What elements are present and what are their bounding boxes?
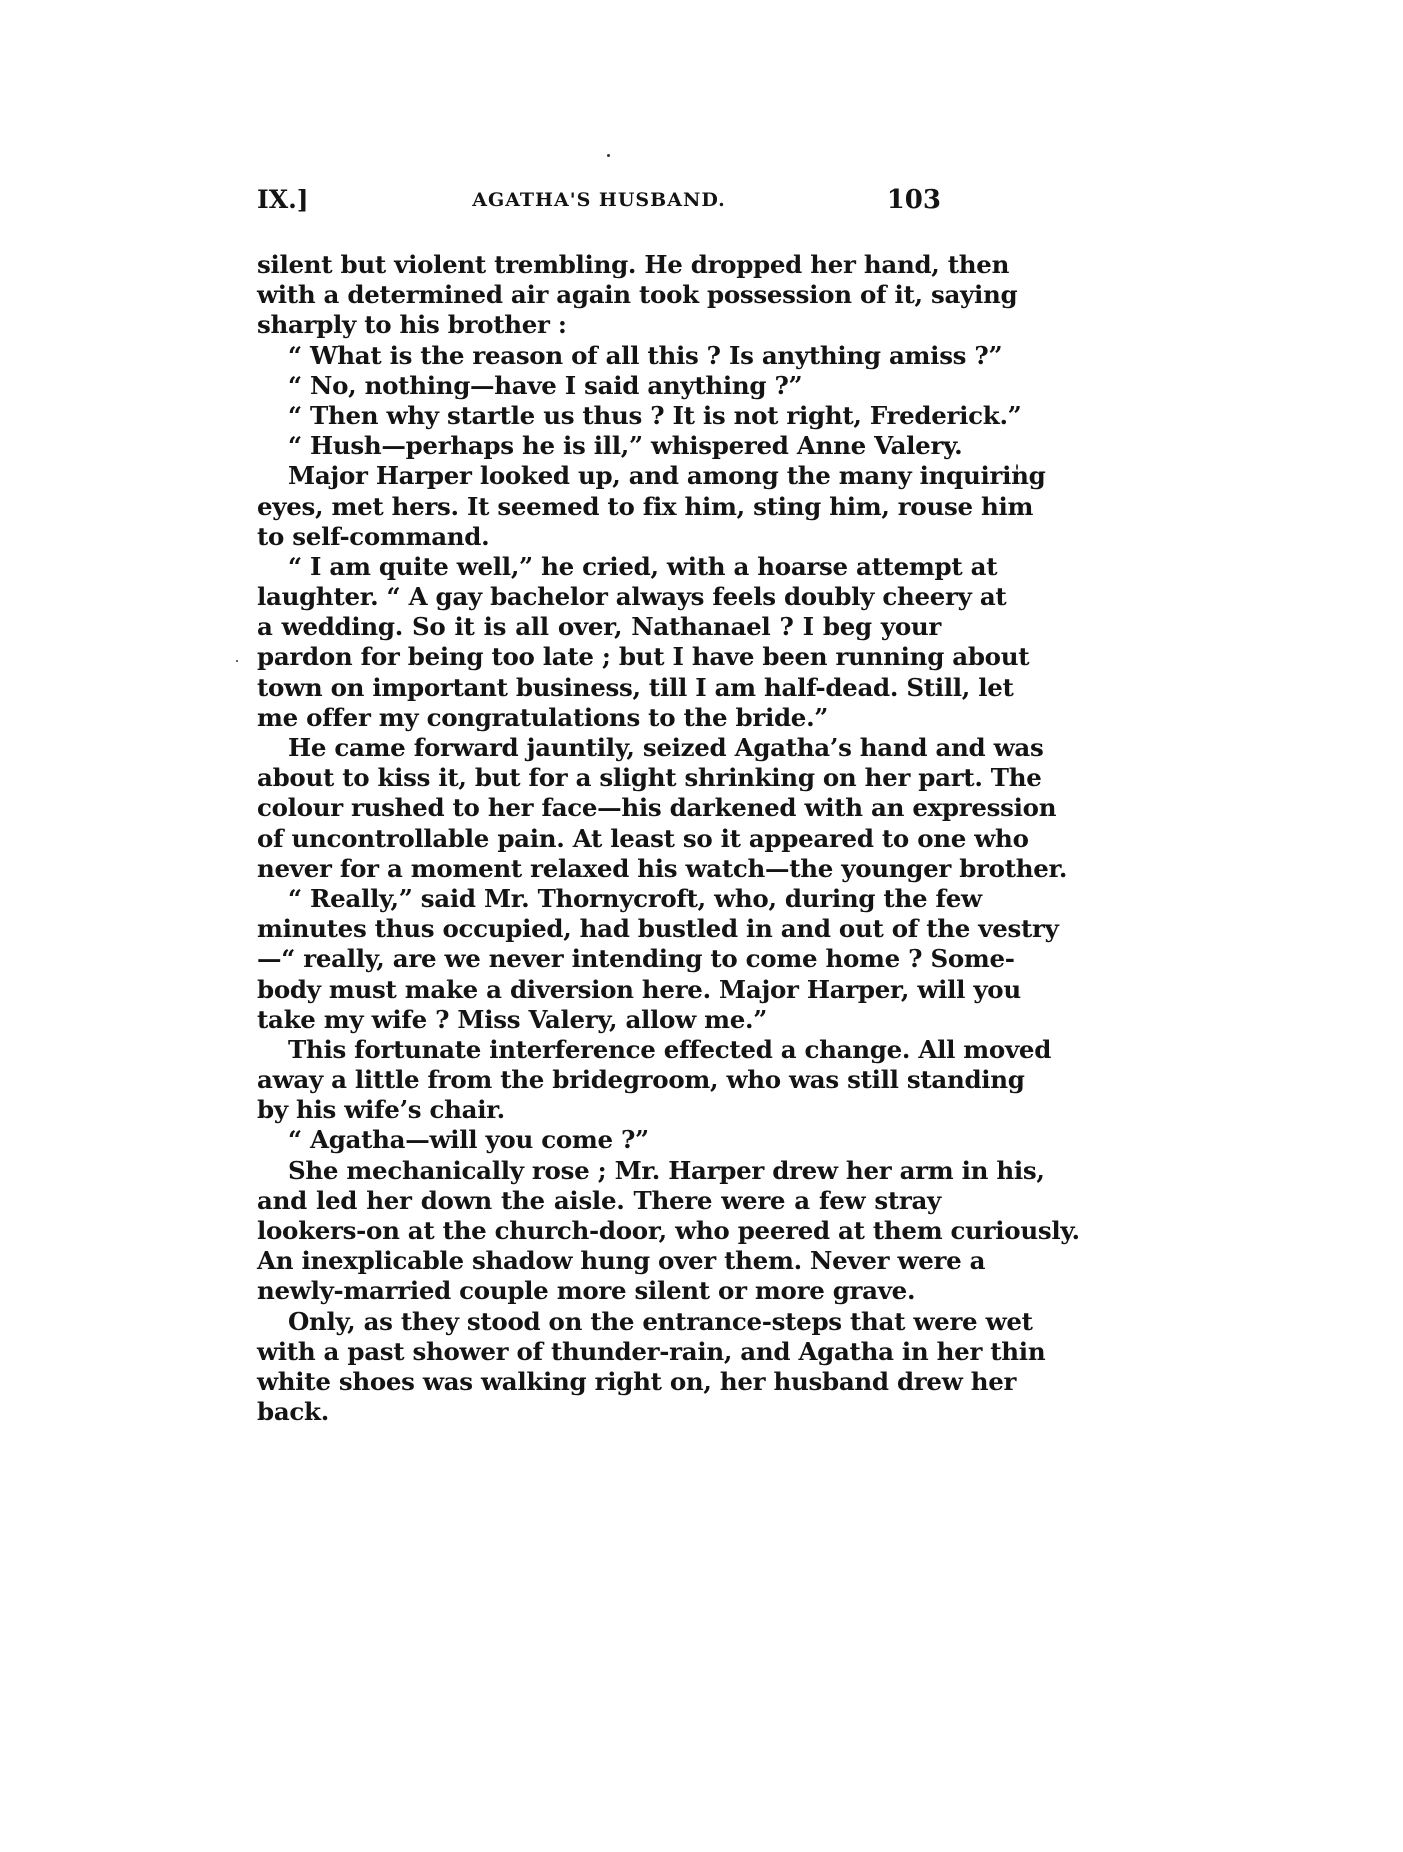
text-line: eyes, met hers. It seemed to fix him, st… bbox=[257, 492, 941, 522]
running-title: AGATHA'S HUSBAND. bbox=[257, 180, 941, 220]
text-line: This fortunate interference effected a c… bbox=[257, 1035, 941, 1065]
text-line: “ No, nothing—have I said anything ?” bbox=[257, 371, 941, 401]
text-line: body must make a diversion here. Major H… bbox=[257, 975, 941, 1005]
text-line: An inexplicable shadow hung over them. N… bbox=[257, 1246, 941, 1276]
scan-speck bbox=[607, 154, 610, 157]
text-line: “ What is the reason of all this ? Is an… bbox=[257, 341, 941, 371]
text-line: take my wife ? Miss Valery, allow me.” bbox=[257, 1005, 941, 1035]
text-line: town on important business, till I am ha… bbox=[257, 673, 941, 703]
text-line: me offer my congratulations to the bride… bbox=[257, 703, 941, 733]
text-line: lookers-on at the church-door, who peere… bbox=[257, 1216, 941, 1246]
running-head: IX.] AGATHA'S HUSBAND. 103 bbox=[257, 180, 941, 220]
text-line: about to kiss it, but for a slight shrin… bbox=[257, 763, 941, 793]
text-line: He came forward jauntily, seized Agatha’… bbox=[257, 733, 941, 763]
text-line: “ Agatha—will you come ?” bbox=[257, 1125, 941, 1155]
scan-speck bbox=[1016, 464, 1018, 470]
text-line: silent but violent trembling. He dropped… bbox=[257, 250, 941, 280]
text-line: Major Harper looked up, and among the ma… bbox=[257, 461, 941, 491]
page-number: 103 bbox=[887, 180, 941, 220]
text-line: with a determined air again took possess… bbox=[257, 280, 941, 310]
text-line: sharply to his brother : bbox=[257, 310, 941, 340]
text-line: a wedding. So it is all over, Nathanael … bbox=[257, 612, 941, 642]
text-line: with a past shower of thunder-rain, and … bbox=[257, 1337, 941, 1367]
book-page: IX.] AGATHA'S HUSBAND. 103 silent but vi… bbox=[257, 180, 941, 1427]
text-line: of uncontrollable pain. At least so it a… bbox=[257, 824, 941, 854]
text-line: She mechanically rose ; Mr. Harper drew … bbox=[257, 1156, 941, 1186]
text-line: “ Hush—perhaps he is ill,” whispered Ann… bbox=[257, 431, 941, 461]
text-line: “ I am quite well,” he cried, with a hoa… bbox=[257, 552, 941, 582]
text-line: Only, as they stood on the entrance-step… bbox=[257, 1307, 941, 1337]
text-line: minutes thus occupied, had bustled in an… bbox=[257, 914, 941, 944]
text-line: white shoes was walking right on, her hu… bbox=[257, 1367, 941, 1397]
text-line: away a little from the bridegroom, who w… bbox=[257, 1065, 941, 1095]
text-line: to self-command. bbox=[257, 522, 941, 552]
text-line: by his wife’s chair. bbox=[257, 1095, 941, 1125]
text-line: newly-married couple more silent or more… bbox=[257, 1276, 941, 1306]
body-text: silent but violent trembling. He dropped… bbox=[257, 250, 941, 1427]
text-line: “ Really,” said Mr. Thornycroft, who, du… bbox=[257, 884, 941, 914]
text-line: colour rushed to her face—his darkened w… bbox=[257, 793, 941, 823]
text-line: “ Then why startle us thus ? It is not r… bbox=[257, 401, 941, 431]
text-line: never for a moment relaxed his watch—the… bbox=[257, 854, 941, 884]
scan-speck bbox=[236, 660, 238, 662]
text-line: —“ really, are we never intending to com… bbox=[257, 944, 941, 974]
text-line: and led her down the aisle. There were a… bbox=[257, 1186, 941, 1216]
text-line: pardon for being too late ; but I have b… bbox=[257, 642, 941, 672]
text-line: back. bbox=[257, 1397, 941, 1427]
text-line: laughter. “ A gay bachelor always feels … bbox=[257, 582, 941, 612]
